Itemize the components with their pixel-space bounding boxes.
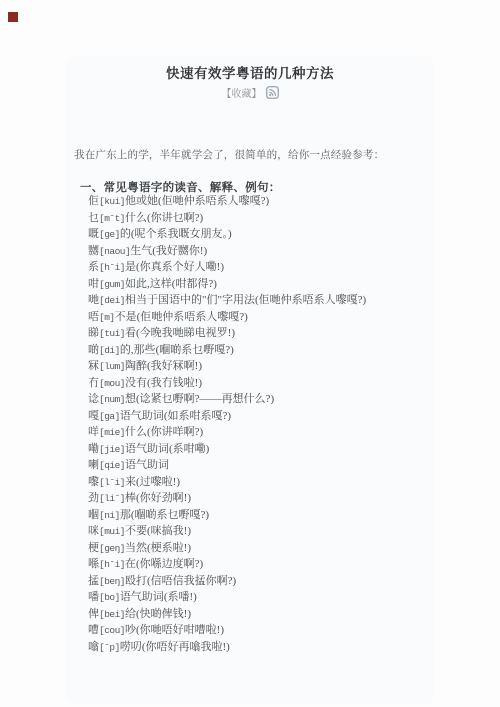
entry-row: 咁[gum]如此,这样(咁都得?)	[88, 276, 418, 293]
entry-row: 唔[m]不是(佢哋仲系唔系人嚟嘎?)	[88, 309, 418, 326]
entry-char: 哋	[88, 294, 99, 306]
entry-row: 嬲[naou]生气(我好嬲你!)	[88, 243, 418, 260]
entry-row: 佢[kui]他或她(佢哋仲系唔系人嚟嘎?)	[88, 193, 418, 210]
entry-gloss: 不是	[115, 311, 137, 323]
entry-char: 咩	[88, 426, 99, 438]
entry-row: 咪[mui]不要(咪搞我!)	[88, 523, 418, 540]
entry-row: 哋[dei]相当于国语中的"们"字用法(佢哋仲系唔系人嚟嘎?)	[88, 292, 418, 309]
entry-gloss: 那	[120, 509, 131, 521]
entry-row: 嗰[ni]那(嗰啲系乜嘢嘎?)	[88, 507, 418, 524]
entry-char: 劲	[88, 492, 99, 504]
collect-link[interactable]: 【收藏】	[222, 85, 262, 100]
entry-pron: [naou]	[99, 246, 130, 257]
entry-char: 俾	[88, 608, 99, 620]
entry-pron: [m]	[99, 312, 115, 323]
entry-example: (过嚟啦!)	[136, 476, 180, 488]
entry-example: (佢哋仲系唔系人嚟嘎?)	[137, 311, 248, 323]
entry-gloss: 给	[125, 608, 136, 620]
entry-gloss: 语气助词	[120, 591, 164, 603]
entry-row: 劲[liˉ]棒(你好劲啊!)	[88, 490, 418, 507]
entry-row: 梗[geŋ]当然(梗系啦!)	[88, 540, 418, 557]
entry-char: 冇	[88, 377, 99, 389]
entry-example: (你唔好再噏我啦!)	[142, 641, 230, 653]
entry-example: (你好劲啊!)	[136, 492, 191, 504]
entry-pron: [dei]	[99, 295, 125, 306]
entry-pron: [lum]	[99, 361, 125, 372]
entry-gloss: 不要	[125, 525, 147, 537]
entry-gloss: 语气助词	[125, 443, 169, 455]
entry-pron: [mou]	[99, 378, 125, 389]
entry-example: (谂紧乜嘢啊?——再想什么?)	[136, 393, 274, 405]
entry-gloss: 什么	[125, 212, 147, 224]
entry-pron: [num]	[99, 394, 125, 405]
entry-pron: [mie]	[99, 427, 125, 438]
entry-char: 啲	[88, 344, 99, 356]
entry-row: 喺[hˉi]在(你喺边度啊?)	[88, 556, 418, 573]
entry-pron: [beŋ]	[99, 576, 125, 587]
entry-list: 佢[kui]他或她(佢哋仲系唔系人嚟嘎?) 乜[mˉt]什么(你讲乜啊?) 嘅[…	[88, 193, 418, 655]
entry-char: 梗	[88, 542, 99, 554]
entry-char: 咁	[88, 278, 99, 290]
entry-example: (你讲咩啊?)	[147, 426, 203, 438]
entry-row: 冇[mou]没有(我冇钱啦!)	[88, 375, 418, 392]
entry-row: 俾[bei]给(快啲俾钱!)	[88, 606, 418, 623]
intro-paragraph: 我在广东上的学，半年就学会了，很简单的，给你一点经验参考：	[74, 147, 434, 162]
entry-char: 嗰	[88, 509, 99, 521]
entry-pron: [kui]	[99, 196, 125, 207]
entry-gloss: 生气	[130, 245, 152, 257]
entry-pron: [lˉi]	[99, 477, 125, 488]
entry-row: 掹[beŋ]殴打(信唔信我掹你啊?)	[88, 573, 418, 590]
entry-gloss: 如此,这样	[125, 278, 172, 290]
entry-example: (信唔信我掹你啊?)	[147, 575, 236, 587]
entry-pron: [di]	[99, 345, 120, 356]
entry-char: 嘞	[88, 443, 99, 455]
entry-example: (我冇钱啦!)	[147, 377, 202, 389]
entry-example: (今晚我哋睇电视罗!)	[136, 327, 235, 339]
entry-pron: [liˉ]	[99, 493, 125, 504]
entry-gloss: 在	[125, 558, 136, 570]
entry-char: 嘈	[88, 624, 99, 636]
entry-gloss: 相当于国语中的"们"字用法	[125, 294, 255, 306]
entry-gloss: 没有	[125, 377, 147, 389]
entry-gloss: 来	[125, 476, 136, 488]
entry-example: (快啲俾钱!)	[136, 608, 191, 620]
article-page: 快速有效学粤语的几种方法 【收藏】 我在广东上的学，半年就学会了，很简单的，给你…	[0, 0, 500, 707]
entry-char: 掹	[88, 575, 99, 587]
entry-example: (你喺边度啊?)	[136, 558, 203, 570]
entry-pron: [geŋ]	[99, 543, 125, 554]
page-title: 快速有效学粤语的几种方法	[0, 62, 500, 82]
entry-pron: [cou]	[99, 625, 125, 636]
entry-char: 乜	[88, 212, 99, 224]
entry-example: (你讲乜啊?)	[147, 212, 203, 224]
entry-row: 冧[lum]陶醉(我好冧啊!)	[88, 358, 418, 375]
entry-row: 嘎[ga]语气助词(如系咁系嘎?)	[88, 408, 418, 425]
entry-char: 噏	[88, 641, 99, 653]
entry-char: 咪	[88, 525, 99, 537]
entry-pron: [tui]	[99, 328, 125, 339]
entry-example: (呢个系我嘅女朋友。)	[131, 228, 232, 240]
entry-char: 喺	[88, 558, 99, 570]
entry-pron: [hˉi]	[99, 559, 125, 570]
entry-row: 嘅[ge]的(呢个系我嘅女朋友。)	[88, 226, 418, 243]
entry-char: 嚟	[88, 476, 99, 488]
entry-char: 谂	[88, 393, 99, 405]
entry-gloss: 殴打	[125, 575, 147, 587]
entry-row: 喇[qie]语气助词	[88, 457, 418, 474]
entry-char: 系	[88, 261, 99, 273]
entry-gloss: 的,那些	[120, 344, 156, 356]
entry-gloss: 语气助词	[125, 459, 169, 471]
rss-feed-icon[interactable]	[266, 86, 279, 99]
entry-pron: [mˉt]	[99, 213, 125, 224]
entry-pron: [qie]	[99, 460, 125, 471]
entry-row: 谂[num]想(谂紧乜嘢啊?——再想什么?)	[88, 391, 418, 408]
entry-row: 啲[di]的,那些(嗰啲系乜嘢嘎?)	[88, 342, 418, 359]
entry-char: 睇	[88, 327, 99, 339]
entry-example: (梗系啦!)	[147, 542, 191, 554]
entry-char: 嘅	[88, 228, 99, 240]
entry-row: 嘞[jie]语气助词(系咁嘞)	[88, 441, 418, 458]
entry-pron: [bo]	[99, 592, 120, 603]
entry-pron: [bei]	[99, 609, 125, 620]
entry-pron: [ga]	[99, 411, 120, 422]
entry-char: 嘎	[88, 410, 99, 422]
entry-example: (我好冧啊!)	[147, 360, 202, 372]
entry-gloss: 棒	[125, 492, 136, 504]
entry-pron: [ni]	[99, 510, 120, 521]
entry-row: 嚟[lˉi]来(过嚟啦!)	[88, 474, 418, 491]
entry-char: 嬲	[88, 245, 99, 257]
entry-gloss: 当然	[125, 542, 147, 554]
entry-pron: [gum]	[99, 279, 125, 290]
entry-row: 系[hˉi]是(你真系个好人嘞!)	[88, 259, 418, 276]
entry-gloss: 语气助词	[120, 410, 164, 422]
entry-char: 唔	[88, 311, 99, 323]
entry-row: 嘈[cou]吵(你哋唔好咁嘈啦!)	[88, 622, 418, 639]
entry-example: (你真系个好人嘞!)	[136, 261, 224, 273]
corner-marker	[8, 12, 18, 22]
entry-example: (你哋唔好咁嘈啦!)	[136, 624, 224, 636]
entry-example: (佢哋仲系唔系人嚟嘎?)	[255, 294, 366, 306]
entry-row: 乜[mˉt]什么(你讲乜啊?)	[88, 210, 418, 227]
entry-row: 睇[tui]看(今晚我哋睇电视罗!)	[88, 325, 418, 342]
entry-pron: [mui]	[99, 526, 125, 537]
entry-char: 喇	[88, 459, 99, 471]
entry-gloss: 看	[125, 327, 136, 339]
entry-gloss: 吵	[125, 624, 136, 636]
entry-char: 冧	[88, 360, 99, 372]
entry-example: (系噃!)	[164, 591, 197, 603]
entry-example: (系咁嘞)	[169, 443, 209, 455]
entry-example: (佢哋仲系唔系人嚟嘎?)	[158, 195, 269, 207]
entry-gloss: 唠叨	[120, 641, 142, 653]
entry-row: 噃[bo]语气助词(系噃!)	[88, 589, 418, 606]
entry-example: (咪搞我!)	[147, 525, 191, 537]
entry-pron: [ge]	[99, 229, 120, 240]
entry-gloss: 想	[125, 393, 136, 405]
entry-example: (嗰啲系乜嘢嘎?)	[156, 344, 234, 356]
entry-pron: [jie]	[99, 444, 125, 455]
entry-gloss: 什么	[125, 426, 147, 438]
entry-pron: [ˉp]	[99, 642, 120, 653]
entry-char: 佢	[88, 195, 99, 207]
entry-gloss: 是	[125, 261, 136, 273]
entry-example: (我好嬲你!)	[152, 245, 207, 257]
entry-pron: [hˉi]	[99, 262, 125, 273]
entry-char: 噃	[88, 591, 99, 603]
entry-gloss: 的	[120, 228, 131, 240]
entry-gloss: 陶醉	[125, 360, 147, 372]
entry-example: (如系咁系嘎?)	[164, 410, 231, 422]
entry-example: (嗰啲系乜嘢嘎?)	[131, 509, 209, 521]
collect-row: 【收藏】	[0, 85, 500, 100]
entry-gloss: 他或她	[125, 195, 158, 207]
entry-row: 咩[mie]什么(你讲咩啊?)	[88, 424, 418, 441]
entry-row: 噏[ˉp]唠叨(你唔好再噏我啦!)	[88, 639, 418, 656]
entry-example: (咁都得?)	[172, 278, 217, 290]
